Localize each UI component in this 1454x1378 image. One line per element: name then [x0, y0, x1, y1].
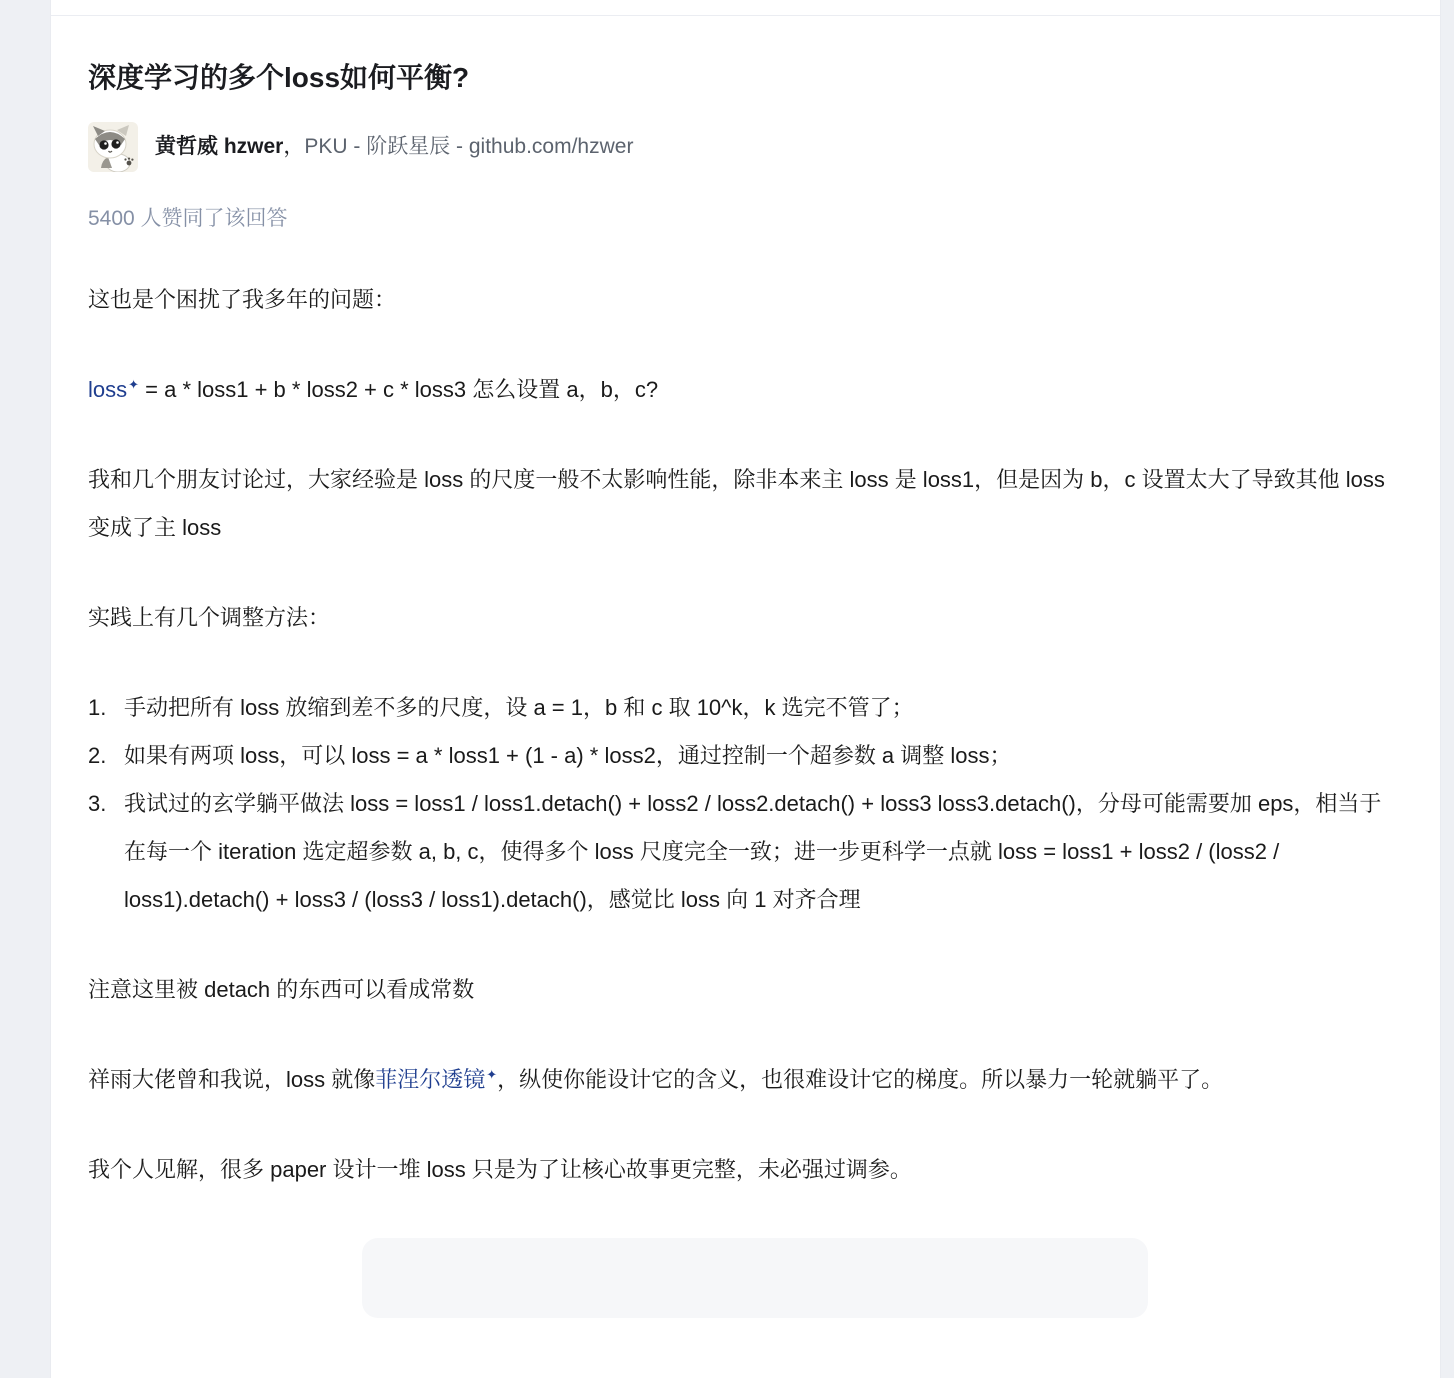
page-background: 深度学习的多个loss如何平衡?	[0, 0, 1454, 1378]
link-text: 菲涅尔透镜	[375, 1067, 485, 1092]
list-item-method-1: 手动把所有 loss 放缩到差不多的尺度，设 a = 1，b 和 c 取 10^…	[88, 684, 1388, 732]
author-avatar[interactable]	[88, 122, 138, 172]
question-title[interactable]: 深度学习的多个loss如何平衡?	[88, 58, 1388, 98]
card-top-divider	[51, 0, 1440, 16]
author-name[interactable]: 黄哲威 hzwer	[155, 135, 283, 158]
paragraph-fresnel: 祥雨大佬曾和我说，loss 就像菲涅尔透镜✦，纵使你能设计它的含义，也很难设计它…	[88, 1056, 1388, 1104]
author-line: 黄哲威 hzwer，PKU - 阶跃星辰 - github.com/hzwer	[155, 132, 633, 162]
link-text: loss	[88, 377, 127, 402]
upvote-count: 5400 人赞同了该回答	[88, 204, 1388, 234]
answer-content: 深度学习的多个loss如何平衡?	[51, 16, 1440, 1318]
zhida-sparkle-icon: ✦	[128, 377, 139, 392]
zhida-entity-link-fresnel-lens[interactable]: 菲涅尔透镜✦	[375, 1067, 497, 1092]
answer-card: 深度学习的多个loss如何平衡?	[50, 0, 1441, 1378]
author-badge: PKU - 阶跃星辰 - github.com/hzwer	[304, 135, 633, 158]
reference-link-card[interactable]	[362, 1238, 1148, 1318]
paragraph-detach-note: 注意这里被 detach 的东西可以看成常数	[88, 966, 1388, 1014]
fresnel-after: ，纵使你能设计它的含义，也很难设计它的梯度。所以暴力一轮就躺平了。	[497, 1067, 1223, 1092]
author-separator: ，	[283, 135, 304, 158]
paragraph-methods-lead: 实践上有几个调整方法：	[88, 594, 1388, 642]
author-row: 黄哲威 hzwer，PKU - 阶跃星辰 - github.com/hzwer	[88, 122, 1388, 172]
list-item-method-3: 我试过的玄学躺平做法 loss = loss1 / loss1.detach()…	[88, 780, 1388, 924]
formula-rest: = a * loss1 + b * loss2 + c * loss3 怎么设置…	[139, 377, 658, 402]
list-item-method-2: 如果有两项 loss，可以 loss = a * loss1 + (1 - a)…	[88, 732, 1388, 780]
paragraph-personal-view: 我个人见解，很多 paper 设计一堆 loss 只是为了让核心故事更完整，未必…	[88, 1146, 1388, 1194]
answer-rich-text: 这也是个困扰了我多年的问题： loss✦ = a * loss1 + b * l…	[88, 276, 1388, 1318]
paragraph-intro: 这也是个困扰了我多年的问题：	[88, 276, 1388, 324]
zhida-entity-link-loss[interactable]: loss✦	[88, 377, 139, 402]
zhida-sparkle-icon: ✦	[486, 1067, 497, 1082]
cat-avatar-icon	[88, 122, 138, 172]
methods-list: 手动把所有 loss 放缩到差不多的尺度，设 a = 1，b 和 c 取 10^…	[88, 684, 1388, 924]
paragraph-formula: loss✦ = a * loss1 + b * loss2 + c * loss…	[88, 366, 1388, 414]
paragraph-experience: 我和几个朋友讨论过，大家经验是 loss 的尺度一般不太影响性能，除非本来主 l…	[88, 456, 1388, 552]
fresnel-before: 祥雨大佬曾和我说，loss 就像	[88, 1067, 375, 1092]
